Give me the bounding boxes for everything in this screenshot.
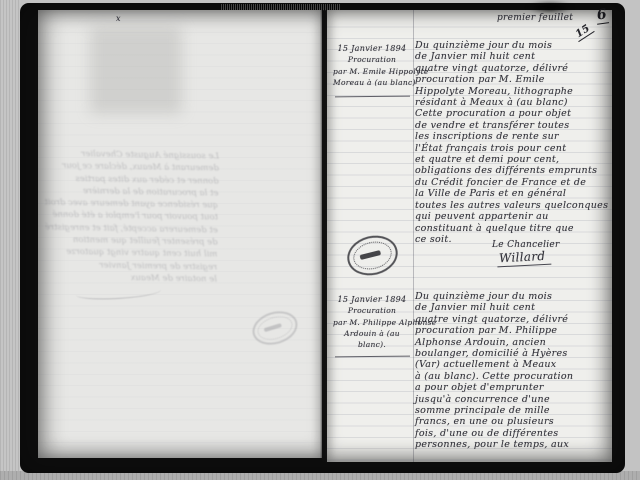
- entry1-body-line: Hippolyte Moreau, lithographe: [415, 86, 611, 97]
- entry1-body-line: du Crédit foncier de France et de: [415, 177, 611, 188]
- entry1-body-line: résidant à Meaux à (au blanc): [415, 97, 611, 108]
- entry2-body-line: (Var) actuellement à Meaux: [415, 359, 611, 370]
- entry1-body-line: Cette procuration a pour objet: [415, 108, 611, 119]
- register-left-page: x Le soussigné Auguste Chevalierdemeuran…: [38, 10, 322, 458]
- entry1-margin-line: par M. Emile Hippolyte: [333, 66, 411, 77]
- oval-archive-stamp-icon: [343, 230, 402, 280]
- entry2-body-line: francs, en une ou plusieurs: [415, 416, 611, 427]
- left-page-corner-mark: x: [116, 14, 121, 23]
- entry1-body-line: de vendre et transférer toutes: [415, 120, 611, 131]
- entry1-body-line: et quatre et demi pour cent,: [415, 154, 611, 165]
- entry2-body-line: Du quinzième jour du mois: [415, 291, 611, 302]
- entry2-body-line: jusqu'à concurrence d'une: [415, 394, 611, 405]
- faint-oval-stamp-icon: [248, 306, 301, 350]
- scanned-register-view: x Le soussigné Auguste Chevalierdemeuran…: [0, 0, 640, 480]
- entry1-signature: Willard: [497, 249, 552, 268]
- entry2-margin-line: Procuration: [333, 305, 411, 316]
- page-header-note: premier feuillet: [497, 13, 573, 23]
- entry2-body-line: Alphonse Ardouin, ancien: [415, 337, 611, 348]
- entry1-body-line: toutes les autres valeurs quelconques: [415, 200, 611, 211]
- entry2-body-line: fois, d'une ou de différentes: [415, 428, 611, 439]
- entry2-body-line: de Janvier mil huit cent: [415, 302, 611, 313]
- folio-number: 6: [595, 6, 609, 24]
- entry1-margin-line: Moreau à (au blanc): [333, 77, 411, 88]
- entry2-body-line: a pour objet d'emprunter: [415, 382, 611, 393]
- bleedthrough-line: le notaire de Meaux: [39, 270, 217, 285]
- entry2-margin-note: 15 Janvier 1894 Procurationpar M. Philip…: [333, 294, 411, 350]
- entry1-margin-line: Procuration: [333, 54, 411, 65]
- entry1-body-line: la Ville de Paris et en général: [415, 188, 611, 199]
- entry1-margin-note: 15 Janvier 1894 Procurationpar M. Emile …: [333, 43, 411, 88]
- entry1-body-line: procuration par M. Emile: [415, 74, 611, 85]
- entry2-margin-date: 15 Janvier 1894: [333, 294, 411, 305]
- entry2-body-line: à (au blanc). Cette procuration: [415, 371, 611, 382]
- entry2-body-text: Du quinzième jour du moisde Janvier mil …: [415, 291, 611, 451]
- entry2-body-line: personnes, pour le temps, aux: [415, 439, 611, 450]
- entry1-body-line: qui peuvent appartenir au: [415, 211, 611, 222]
- backdrop-left-strip: [0, 0, 21, 480]
- entry1-margin-lines: Procurationpar M. Emile HippolyteMoreau …: [333, 54, 411, 88]
- entry2-body-line: quatre vingt quatorze, délivré: [415, 314, 611, 325]
- entry2-body-line: somme principale de mille: [415, 405, 611, 416]
- bleedthrough-signature-flourish: [76, 285, 161, 301]
- entry1-body-line: l'État français trois pour cent: [415, 143, 611, 154]
- entry1-body-line: quatre vingt quatorze, délivré: [415, 63, 611, 74]
- register-right-page: premier feuillet 15 6 15 Janvier 1894 Pr…: [327, 10, 612, 462]
- entry1-body-line: de Janvier mil huit cent: [415, 51, 611, 62]
- entry1-body-line: constituant à quelque titre que: [415, 223, 611, 234]
- entry2-body-line: procuration par M. Philippe: [415, 325, 611, 336]
- entry1-body-line: les inscriptions de rente sur: [415, 131, 611, 142]
- entry2-margin-line: Ardouin à (au: [333, 328, 411, 339]
- bleedthrough-smudge: [90, 26, 182, 114]
- entry1-body-line: Du quinzième jour du mois: [415, 40, 611, 51]
- entry2-margin-lines: Procurationpar M. Philippe AlphonseArdou…: [333, 305, 411, 350]
- entry1-margin-underline: [335, 96, 410, 98]
- entry2-margin-underline: [335, 356, 410, 358]
- entry1-margin-date: 15 Janvier 1894: [333, 43, 411, 54]
- entry2-margin-line: blanc).: [333, 339, 411, 350]
- bleedthrough-text: Le soussigné Auguste Chevalierdemeurant …: [39, 147, 219, 285]
- entry1-body-line: obligations des différents emprunts: [415, 165, 611, 176]
- entry2-margin-line: par M. Philippe Alphonse: [333, 317, 411, 328]
- scan-top-smudge: [527, 1, 573, 14]
- entry2-body-line: boulanger, domicilié à Hyères: [415, 348, 611, 359]
- entry1-body-text: Du quinzième jour du moisde Janvier mil …: [415, 40, 611, 245]
